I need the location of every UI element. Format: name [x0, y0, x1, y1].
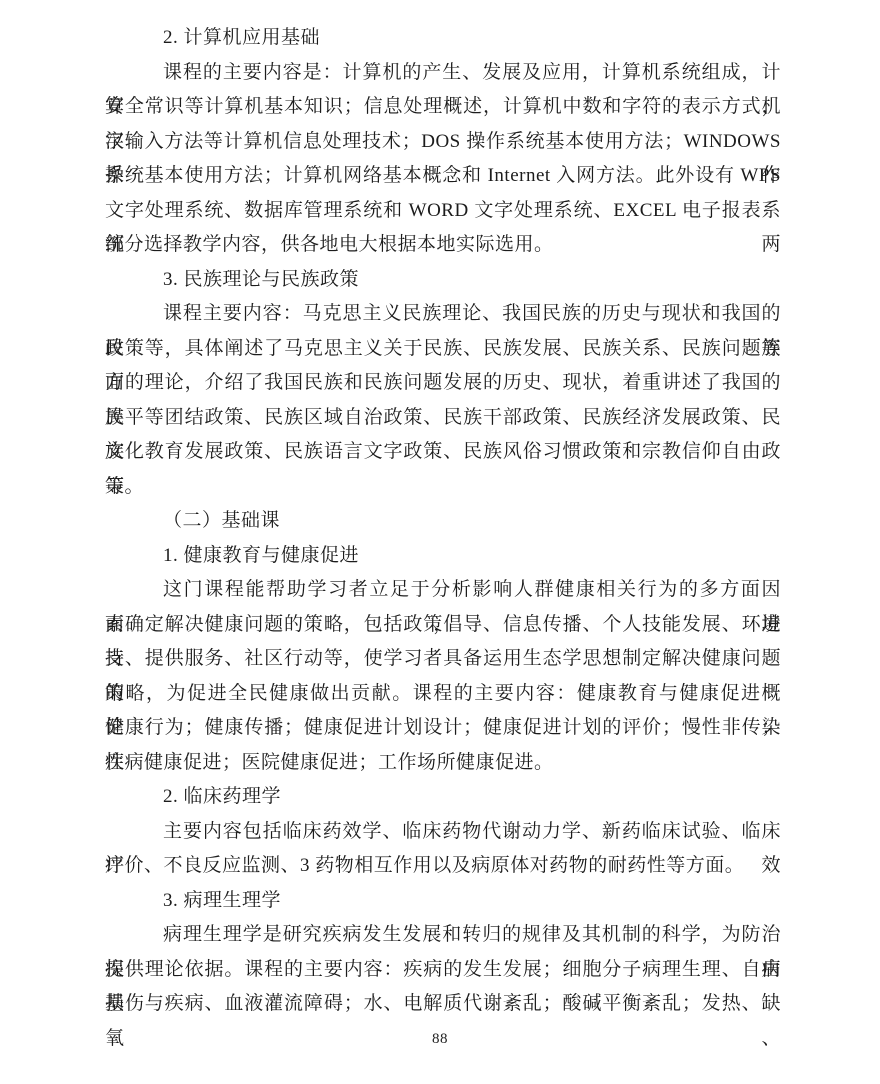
text-line: 策略，为促进全民健康做出贡献。课程的主要内容：健康教育与健康促进概论；: [105, 677, 781, 712]
text-line: 这门课程能帮助学习者立足于分析影响人群健康相关行为的多方面因素，进: [105, 573, 781, 608]
text-line: 族平等团结政策、民族区域自治政策、民族干部政策、民族经济发展政策、民族: [105, 401, 781, 436]
text-line: 1. 健康教育与健康促进: [105, 539, 781, 574]
text-line: 健康行为；健康传播；健康促进计划设计；健康促进计划的评价；慢性非传染性: [105, 711, 781, 746]
text-line: 2. 计算机应用基础: [105, 21, 781, 56]
page-number: 88: [0, 1031, 880, 1048]
document-page: 2. 计算机应用基础课程的主要内容是：计算机的产生、发展及应用，计算机系统组成，…: [0, 0, 880, 1084]
text-line: 安全常识等计算机基本知识；信息处理概述，计算机中数和字符的表示方式，汉: [105, 90, 781, 125]
text-line: 字输入方法等计算机信息处理技术；DOS 操作系统基本使用方法；WINDOWS 操…: [105, 125, 781, 160]
text-line: 文化教育发展政策、民族语言文字政策、民族风俗习惯政策和宗教信仰自由政策: [105, 435, 781, 470]
document-body: 2. 计算机应用基础课程的主要内容是：计算机的产生、发展及应用，计算机系统组成，…: [105, 21, 781, 1022]
text-line: 而确定解决健康问题的策略，包括政策倡导、信息传播、个人技能发展、环境支: [105, 608, 781, 643]
text-line: 提供理论依据。课程的主要内容：疾病的发生发展；细胞分子病理生理、自由基: [105, 953, 781, 988]
text-line: 损伤与疾病、血液灌流障碍；水、电解质代谢紊乱；酸碱平衡紊乱；发热、缺氧、: [105, 987, 781, 1022]
text-line: 主要内容包括临床药效学、临床药物代谢动力学、新药临床试验、临床疗效: [105, 815, 781, 850]
text-line: 疾病健康促进；医院健康促进；工作场所健康促进。: [105, 746, 781, 781]
text-line: 3. 病理生理学: [105, 884, 781, 919]
text-line: 评价、不良反应监测、3 药物相互作用以及病原体对药物的耐药性等方面。: [105, 849, 781, 884]
text-line: 等。: [105, 470, 781, 505]
text-line: 课程的主要内容是：计算机的产生、发展及应用，计算机系统组成，计算机: [105, 56, 781, 91]
text-line: 持、提供服务、社区行动等，使学习者具备运用生态学思想制定解决健康问题的: [105, 642, 781, 677]
text-line: 面的理论，介绍了我国民族和民族问题发展的历史、现状，着重讲述了我国的民: [105, 366, 781, 401]
text-line: 3. 民族理论与民族政策: [105, 263, 781, 298]
text-line: 课程主要内容：马克思主义民族理论、我国民族的历史与现状和我国的民族: [105, 297, 781, 332]
text-line: 系统基本使用方法；计算机网络基本概念和 Internet 入网方法。此外设有 W…: [105, 159, 781, 194]
text-line: 政策等，具体阐述了马克思主义关于民族、民族发展、民族关系、民族问题等方: [105, 332, 781, 367]
text-line: 2. 临床药理学: [105, 780, 781, 815]
text-line: （二）基础课: [105, 504, 781, 539]
text-line: 病理生理学是研究疾病发生发展和转归的规律及其机制的科学，为防治疾病: [105, 918, 781, 953]
text-line: 文字处理系统、数据库管理系统和 WORD 文字处理系统、EXCEL 电子报表系统…: [105, 194, 781, 229]
